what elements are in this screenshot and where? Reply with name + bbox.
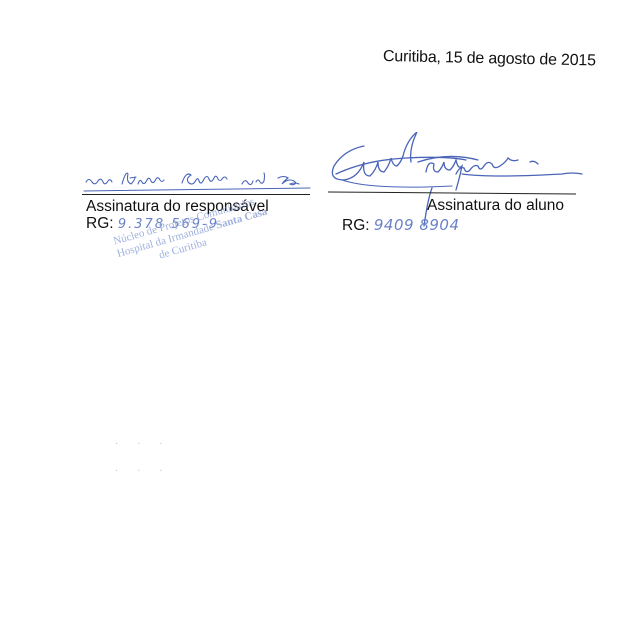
responsible-rg-label: RG: xyxy=(86,215,114,232)
student-rg: RG: 9409 8904 xyxy=(342,216,460,235)
student-rg-value: 9409 8904 xyxy=(374,216,460,234)
student-signature-label: Assinatura do aluno xyxy=(427,197,564,215)
scan-artifact-dots-2: · · · xyxy=(115,465,171,476)
scan-artifact-dots-1: · · · xyxy=(115,438,171,449)
student-rg-label: RG: xyxy=(342,217,370,234)
date-line: Curitiba, 15 de agosto de 2015 xyxy=(383,48,596,70)
document-page: Curitiba, 15 de agosto de 2015 Assinatur… xyxy=(0,0,640,640)
